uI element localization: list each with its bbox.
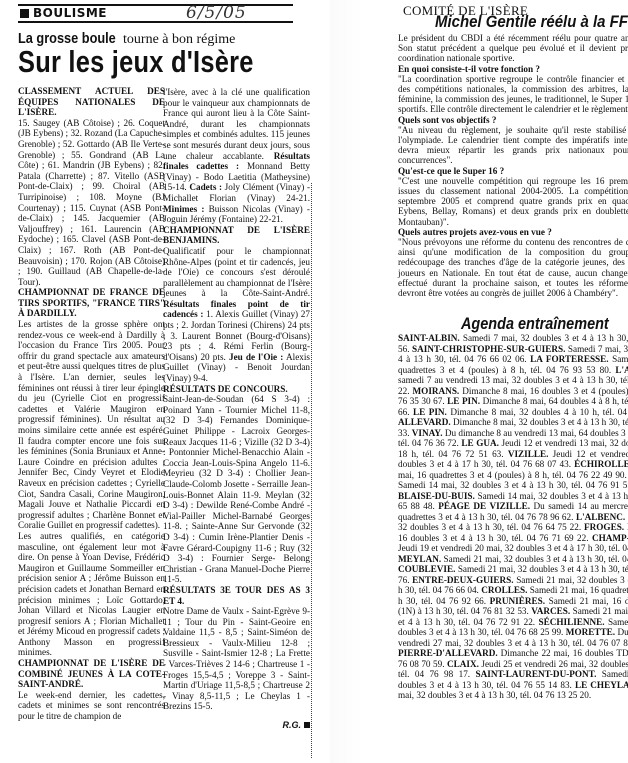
article-column-2: l'Isère, avec à la clé une qualification… (163, 87, 310, 731)
subheading: RÉSULTATS 3e TOUR DES AS 3 ET 4. (163, 585, 310, 606)
interview-body: Le président du CBDI a été récemment réé… (398, 33, 628, 298)
paragraph-text: l'Isère, avec à la clé une qualification… (163, 87, 310, 161)
agenda-place: PÉAGE DE VIZILLE. (438, 501, 530, 511)
agenda-place: ÉCHIROLLES. (574, 459, 628, 469)
agenda-place: CHAMP-SUR-DRAC. (592, 533, 628, 543)
answer: "La coordination sportive regroupe le co… (398, 74, 628, 115)
article-column-1: CLASSEMENT ACTUEL DES ÉQUIPES NATIONALES… (18, 86, 165, 722)
intro: Le président du CBDI a été récemment réé… (398, 33, 628, 64)
paragraph: Notre Dame de Vaulx - Saint-Egrève 9-11 … (163, 606, 310, 712)
agenda-place: SAINT-ALBIN. (398, 333, 460, 343)
agenda-place: LA FORTERESSE. (530, 354, 608, 364)
agenda-place: CLAIX. (447, 659, 479, 669)
subheading: CLASSEMENT ACTUEL DES ÉQUIPES NATIONALES… (18, 86, 165, 118)
agenda-place: PRUNIÈRES. (490, 596, 545, 606)
agenda-place: LE PIN. (413, 407, 447, 417)
column-divider (311, 183, 312, 758)
agenda-place: SAINT-LAURENT-DU-PONT. (476, 669, 597, 679)
agenda-details: Dimanche 8 mai, 32 doubles 4 à 10 h, tél… (447, 407, 628, 417)
page-gutter (330, 0, 363, 763)
question: En quoi consiste-t-il votre fonction ? (398, 64, 628, 74)
agenda-place: LE CHEYLAS. (575, 680, 628, 690)
paragraph: l'Isère, avec à la clé une qualification… (163, 87, 310, 225)
agenda-place: MOIRANS. (413, 386, 460, 396)
paragraph: Qualificatif pour le championnat Rhône-A… (163, 246, 310, 384)
paragraph: Le week-end dernier, les cadettes, cadet… (18, 690, 165, 722)
agenda-place: CROLLES. (481, 585, 527, 595)
headline: Sur les jeux d'Isère (18, 44, 254, 80)
result-label: Jeu de l'Oie : (229, 352, 283, 362)
subheading: CHAMPIONNAT DE L'ISÈRE DE COMBINÉ JEUNES… (18, 658, 165, 690)
answer: "C'est une nouvelle compétition qui regr… (398, 176, 628, 227)
agenda-place: VARCES. (531, 606, 570, 616)
paragraph: 15. Saugey (AB Côtoise) ; 26. Coquet (JB… (18, 118, 165, 288)
agenda-place: FROGES. (584, 522, 624, 532)
answer: "Nous prévoyons une réforme du contenu d… (398, 237, 628, 298)
boulisme-article: BOULISME 6/5/05 La grosse boule tourne à… (0, 0, 330, 763)
agenda-place: VIZILLE. (508, 449, 549, 459)
paragraph: Les autres qualifiés, en catégorie mascu… (18, 531, 165, 658)
agenda-list: SAINT-ALBIN. Samedi 7 mai, 32 doubles 3 … (398, 333, 628, 701)
agenda-place: ENTRE-DEUX-GUIERS. (412, 575, 513, 585)
agenda-details: Samedi 21 mai, 32 doubles 3 et 4 à 13 h … (441, 554, 628, 564)
section-rubric: BOULISME 6/5/05 (18, 4, 293, 23)
subheading: CHAMPIONNAT DE FRANCE DE TIRS SPORTIFS, … (18, 287, 165, 319)
handwritten-date: 6/5/05 (186, 3, 247, 23)
question: Qu'est-ce que le Super 16 ? (398, 166, 628, 176)
result-label: Cadets : (189, 182, 222, 192)
agenda-place: LE PIN. (447, 396, 480, 406)
interview-title: Michel Gentile réélu à la FFSB (435, 12, 628, 32)
agenda-place: LE GUA. (461, 438, 499, 448)
agenda-place: SAINT-CHRISTOPHE-SUR-GUIERS. (412, 344, 565, 354)
agenda-place: MEYLAN. (398, 554, 441, 564)
agenda-place: L'ALBENC. (615, 365, 628, 375)
agenda-place: COUBLEVIE. (398, 564, 455, 574)
end-mark-icon (304, 722, 310, 728)
interview-and-agenda: COMITÉ DE L'ISÈRE Michel Gentile réélu à… (363, 0, 628, 763)
author-signature: R.G. (163, 720, 310, 731)
paragraph-text: Qualificatif pour le championnat Rhône-A… (163, 246, 310, 298)
signature-text: R.G. (282, 720, 301, 730)
agenda-place: VINAY. (412, 428, 443, 438)
question: Quels sont vos objectifs ? (398, 115, 628, 125)
agenda-details: Samedi 14 mai, 32 doubles 3 et 4 à 13 h … (398, 480, 628, 490)
question: Quels autres projets avez-vous en vue ? (398, 227, 628, 237)
agenda-place: SÉCHILIENNE. (538, 617, 604, 627)
paragraph: Saint-Jean-de-Soudan (64 S 3-4) : Poinar… (163, 394, 310, 585)
agenda-details: Jeudi 19 et vendredi 20 mai, 32 doubles … (398, 543, 628, 553)
result-label: Minimes : (163, 204, 204, 214)
paragraph: Les artistes de la grosse sphère ont ren… (18, 319, 165, 531)
rubric-label: BOULISME (33, 6, 107, 20)
subheading: CHAMPIONNAT DE L'ISÈRE BENJAMINS. (163, 225, 310, 246)
subheading: RÉSULTATS DE CONCOURS. (163, 384, 310, 395)
agenda-place: L'ALBENC. (576, 512, 625, 522)
agenda-title: Agenda entraînement (461, 314, 609, 334)
agenda-place: ALLEVARD. (398, 417, 451, 427)
agenda-place: MORETTE. (566, 627, 615, 637)
answer: "Au niveau du règlement, je souhaite qu'… (398, 125, 628, 166)
rubric-square-icon (20, 9, 29, 18)
